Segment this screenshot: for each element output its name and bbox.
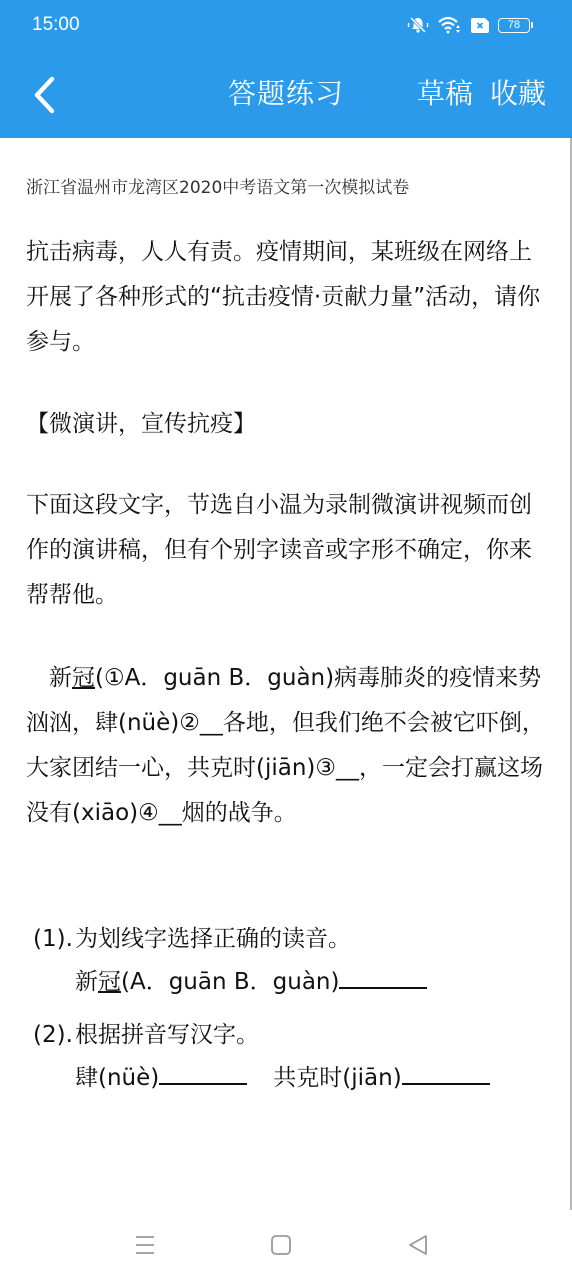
question-answer-line: 新冠(A．guān B．guàn) — [33, 960, 533, 1004]
mute-vibrate-icon — [407, 16, 429, 34]
underlined-char: 冠 — [98, 969, 121, 995]
question-prompt: 根据拼音写汉字。 — [75, 1014, 259, 1056]
exam-source: 浙江省温州市龙湾区2020中考语文第一次模拟试卷 — [26, 173, 409, 198]
back-button[interactable] — [22, 70, 66, 120]
question-number: (2). — [33, 1014, 75, 1056]
sim-none-icon — [471, 18, 489, 33]
answer-blank[interactable] — [339, 967, 427, 989]
answer-blank-2[interactable] — [402, 1063, 490, 1085]
menu-icon — [134, 1235, 156, 1255]
back-triangle-icon — [407, 1234, 429, 1256]
battery-icon: 78 — [498, 18, 530, 33]
home-square-icon — [270, 1234, 292, 1256]
question-number: (1). — [33, 918, 75, 960]
section-title: 【微演讲，宣传抗疫】 — [26, 402, 546, 447]
answer-text-prefix: 新 — [75, 969, 98, 995]
passage-text-rest: (①A．guān B．guàn)病毒肺炎的疫情来势汹汹，肆(nüè)②__各地，… — [26, 665, 545, 826]
status-bar: 15:00 — [0, 0, 572, 50]
page-title: 答题练习 — [228, 76, 344, 112]
collect-button[interactable]: 收藏 — [490, 76, 546, 112]
home-button[interactable] — [266, 1230, 296, 1260]
passage-indent — [26, 665, 49, 691]
app-header: 15:00 — [0, 0, 572, 138]
intro-paragraph: 抗击病毒，人人有责。疫情期间，某班级在网络上开展了各种形式的“抗击疫情·贡献力量… — [26, 230, 546, 365]
question-1: (1). 为划线字选择正确的读音。 新冠(A．guān B．guàn) — [33, 918, 533, 1004]
questions-list: (1). 为划线字选择正确的读音。 新冠(A．guān B．guàn) (2).… — [33, 918, 533, 1110]
system-back-button[interactable] — [403, 1230, 433, 1260]
wifi-icon — [438, 16, 462, 34]
question-2: (2). 根据拼音写汉字。 肆(nüè)共克时(jiān) — [33, 1014, 533, 1100]
nav-bar: 答题练习 草稿 收藏 — [0, 50, 572, 138]
passage-paragraph: 新冠(①A．guān B．guàn)病毒肺炎的疫情来势汹汹，肆(nüè)②__各… — [26, 656, 546, 836]
answer-item-1: 肆(nüè) — [75, 1065, 159, 1091]
instruction-paragraph: 下面这段文字，节选自小温为录制微演讲视频而创作的演讲稿，但有个别字读音或字形不确… — [26, 483, 546, 618]
question-content: 浙江省温州市龙湾区2020中考语文第一次模拟试卷 抗击病毒，人人有责。疫情期间，… — [0, 138, 572, 1210]
question-prompt: 为划线字选择正确的读音。 — [75, 918, 351, 960]
underlined-char: 冠 — [72, 665, 95, 691]
status-time: 15:00 — [32, 14, 80, 36]
chevron-left-icon — [32, 76, 56, 114]
answer-text-suffix: (A．guān B．guàn) — [121, 969, 339, 995]
recent-apps-button[interactable] — [130, 1230, 160, 1260]
status-icons: 78 — [407, 15, 530, 35]
question-answer-line: 肆(nüè)共克时(jiān) — [33, 1056, 533, 1100]
answer-item-2: 共克时(jiān) — [273, 1065, 401, 1091]
system-nav-bar — [0, 1210, 572, 1280]
draft-button[interactable]: 草稿 — [417, 76, 473, 112]
answer-blank-1[interactable] — [159, 1063, 247, 1085]
passage-text-start: 新 — [49, 665, 72, 691]
